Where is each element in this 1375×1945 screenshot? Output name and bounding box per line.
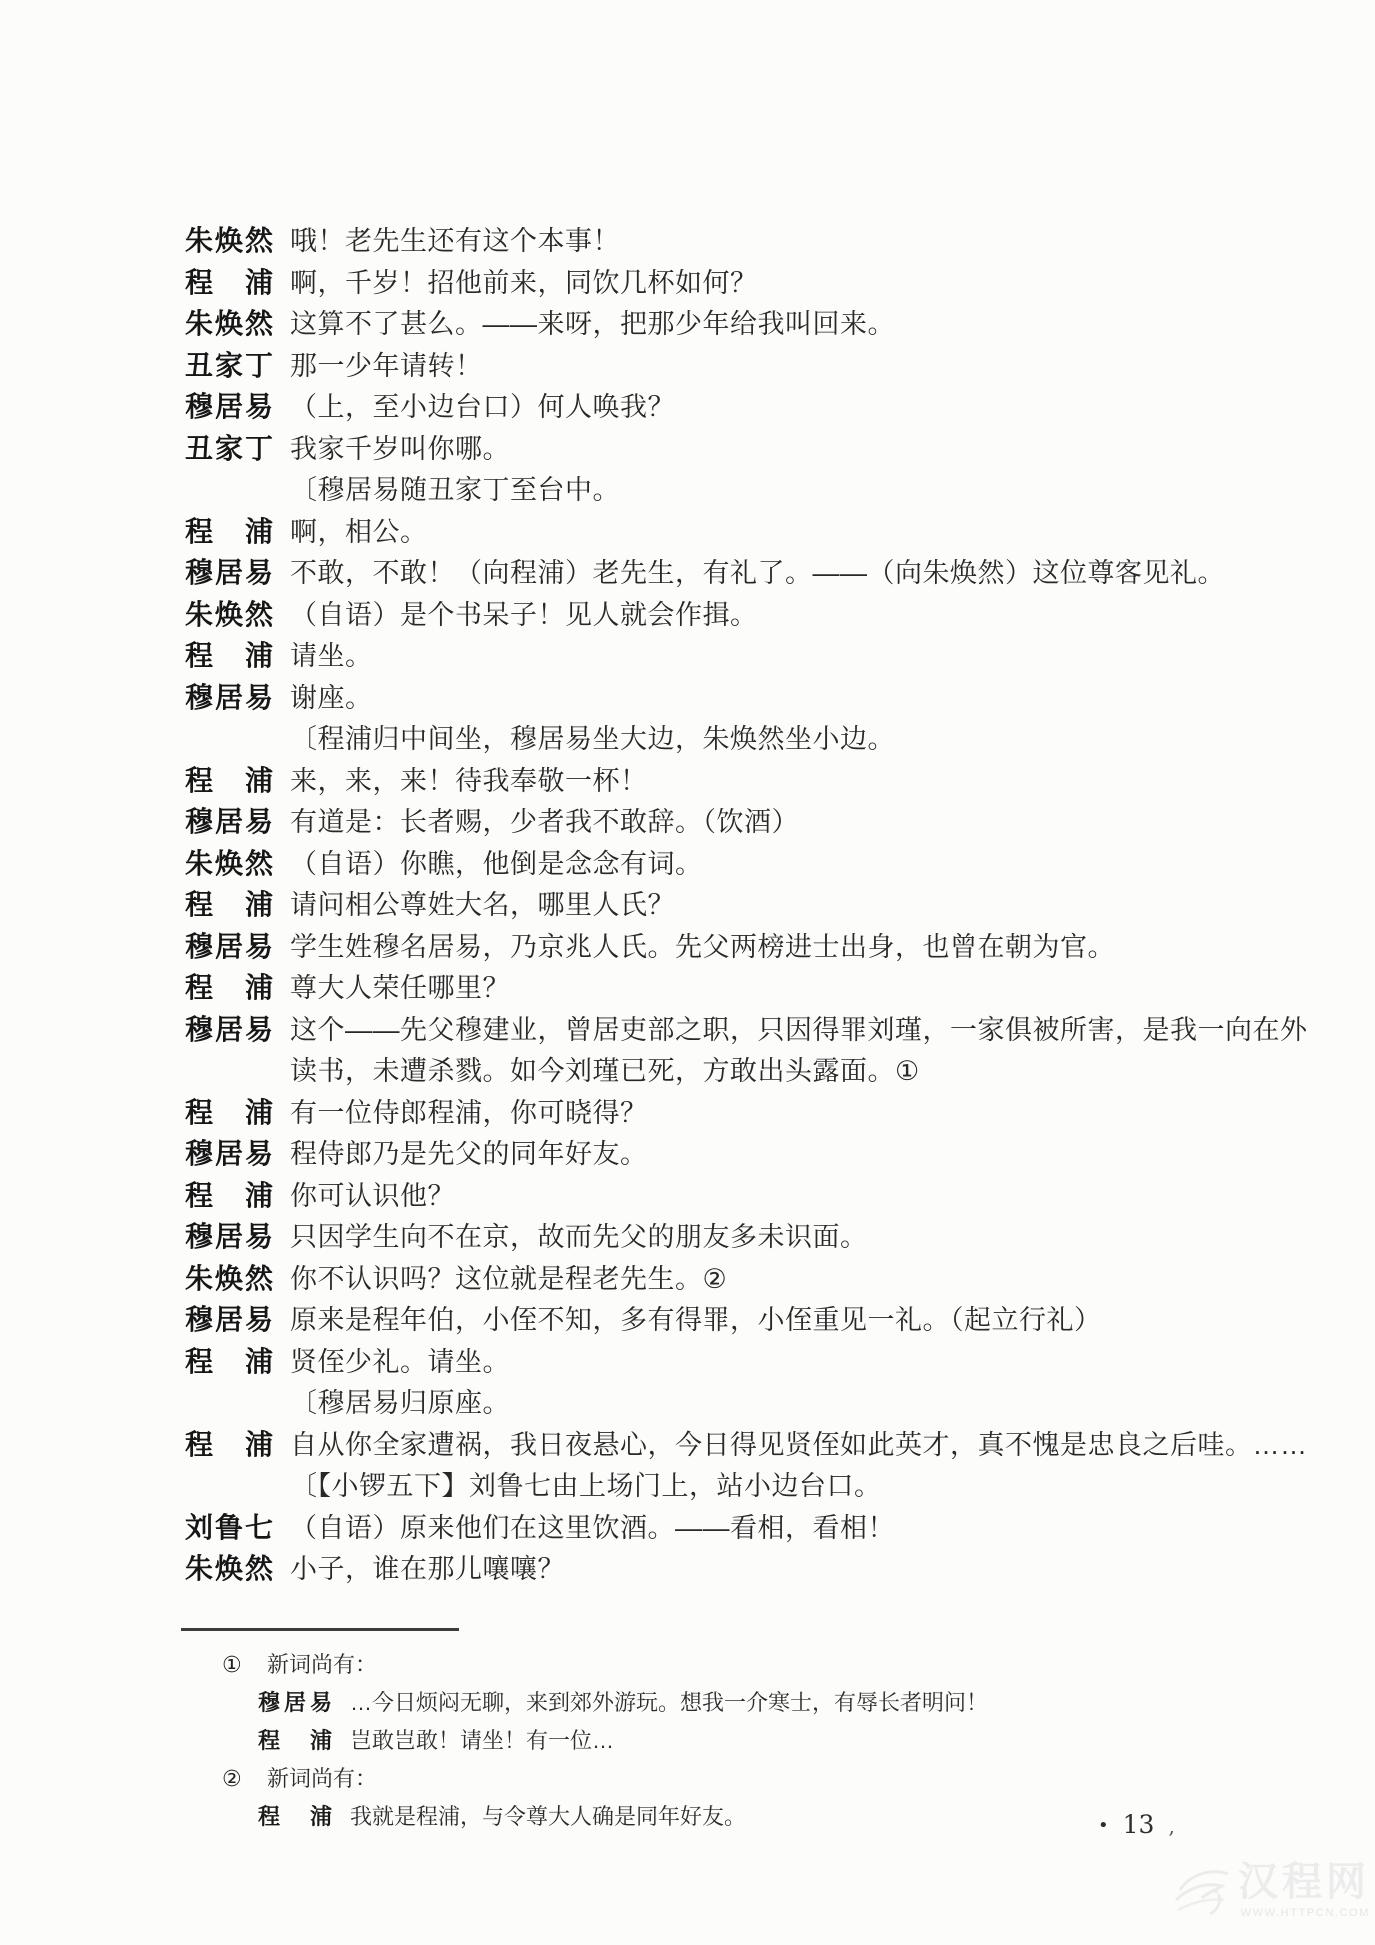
speaker-name: 朱焕然 bbox=[185, 600, 273, 630]
dialogue-text: （上，至小边台口）何人唤我？ bbox=[290, 392, 675, 423]
stage-direction-text: 〔程浦归中间坐，穆居易坐大边，朱焕然坐小边。 bbox=[290, 724, 895, 755]
speaker-name: 穆居易 bbox=[185, 392, 273, 422]
footnote-header-text: 新词尚有： bbox=[267, 1766, 377, 1792]
dragon-swoosh-icon bbox=[1172, 1860, 1234, 1920]
speaker-name: 刘鲁七 bbox=[185, 1513, 273, 1543]
speaker-name: 朱焕然 bbox=[185, 226, 273, 256]
watermark: 汉程网 WWW.HTTPCN.COM bbox=[1172, 1860, 1370, 1920]
footnote-divider bbox=[181, 1628, 459, 1631]
speaker-name: 丑家丁 bbox=[185, 351, 273, 381]
speaker-name: 朱焕然 bbox=[185, 849, 273, 879]
page-number-left-dot: • bbox=[1098, 1815, 1109, 1836]
dialogue-line: 朱焕然（自语）是个书呆子！见人就会作揖。 bbox=[0, 600, 1375, 630]
dialogue-text: 这算不了甚么。——来呀，把那少年给我叫回来。 bbox=[290, 309, 895, 340]
speaker-name: 程浦 bbox=[185, 1430, 273, 1460]
dialogue-line: 穆居易程侍郎乃是先父的同年好友。 bbox=[0, 1139, 1375, 1169]
speaker-name: 程浦 bbox=[258, 1804, 332, 1830]
stage-direction-line: 〔穆居易随丑家丁至台中。 bbox=[0, 475, 1375, 505]
speaker-name: 朱焕然 bbox=[185, 1554, 273, 1584]
dialogue-line: 朱焕然哦！老先生还有这个本事！ bbox=[0, 226, 1375, 256]
footnote-header-row: ①新词尚有： bbox=[0, 1652, 1375, 1678]
dialogue-line: 程浦自从你全家遭祸，我日夜悬心，今日得见贤侄如此英才，真不愧是忠良之后哇。…… bbox=[0, 1430, 1375, 1460]
stage-direction-line: 〔【小锣五下】刘鲁七由上场门上，站小边台口。 bbox=[0, 1471, 1375, 1501]
dialogue-line: 丑家丁我家千岁叫你哪。 bbox=[0, 434, 1375, 464]
dialogue-text: 学生姓穆名居易，乃京兆人氏。先父两榜进士出身，也曾在朝为官。 bbox=[290, 932, 1115, 963]
speaker-name: 程浦 bbox=[185, 1347, 273, 1377]
dialogue-text: 来，来，来！待我奉敬一杯！ bbox=[290, 766, 648, 797]
dialogue-line: 穆居易原来是程年伯，小侄不知，多有得罪，小侄重见一礼。（起立行礼） bbox=[0, 1305, 1375, 1335]
speaker-name: 穆居易 bbox=[185, 683, 273, 713]
speaker-name: 穆居易 bbox=[185, 807, 273, 837]
speaker-name: 程浦 bbox=[185, 641, 273, 671]
dialogue-text: 我家千岁叫你哪。 bbox=[290, 434, 510, 465]
dialogue-line: 程浦你可认识他？ bbox=[0, 1181, 1375, 1211]
dialogue-line: 程浦来，来，来！待我奉敬一杯！ bbox=[0, 766, 1375, 796]
footnote-dialogue-text: 我就是程浦，与令尊大人确是同年好友。 bbox=[350, 1804, 746, 1830]
dialogue-line: 穆居易只因学生向不在京，故而先父的朋友多未识面。 bbox=[0, 1222, 1375, 1252]
dialogue-text: 啊，千岁！招他前来，同饮几杯如何？ bbox=[290, 268, 758, 299]
dialogue-line: 朱焕然这算不了甚么。——来呀，把那少年给我叫回来。 bbox=[0, 309, 1375, 339]
dialogue-line: 穆居易这个——先父穆建业，曾居吏部之职，只因得罪刘瑾，一家俱被所害，是我一向在外 bbox=[0, 1015, 1375, 1045]
dialogue-text: （自语）你瞧，他倒是念念有词。 bbox=[290, 849, 703, 880]
page-number-right-mark: , bbox=[1168, 1814, 1174, 1838]
dialogue-line: 穆居易（上，至小边台口）何人唤我？ bbox=[0, 392, 1375, 422]
footnote-header-row: ②新词尚有： bbox=[0, 1766, 1375, 1792]
dialogue-text: 有道是：长者赐，少者我不敢辞。（饮酒） bbox=[290, 807, 799, 838]
script-lines: 朱焕然哦！老先生还有这个本事！程浦啊，千岁！招他前来，同饮几杯如何？朱焕然这算不… bbox=[0, 226, 1375, 1596]
dialogue-line: 程浦尊大人荣任哪里？ bbox=[0, 973, 1375, 1003]
speaker-name: 穆居易 bbox=[185, 1015, 273, 1045]
speaker-name: 丑家丁 bbox=[185, 434, 273, 464]
footnote-dialogue-text: 岂敢岂敢！请坐！有一位… bbox=[350, 1728, 614, 1754]
scanned-script-page: 朱焕然哦！老先生还有这个本事！程浦啊，千岁！招他前来，同饮几杯如何？朱焕然这算不… bbox=[0, 0, 1375, 1945]
footnote-marker: ① bbox=[222, 1652, 252, 1678]
speaker-name: 程浦 bbox=[185, 890, 273, 920]
footnote-dialogue-line: 穆居易…今日烦闷无聊，来到郊外游玩。想我一介寒士，有辱长者明问！ bbox=[0, 1690, 1375, 1716]
dialogue-text: 这个——先父穆建业，曾居吏部之职，只因得罪刘瑾，一家俱被所害，是我一向在外 bbox=[290, 1015, 1308, 1046]
speaker-name: 程浦 bbox=[185, 1098, 273, 1128]
footnote-marker: ② bbox=[222, 1766, 252, 1792]
dialogue-text: 程侍郎乃是先父的同年好友。 bbox=[290, 1139, 648, 1170]
dialogue-text: 那一少年请转！ bbox=[290, 351, 483, 382]
dialogue-line: 朱焕然小子，谁在那儿嚷嚷？ bbox=[0, 1554, 1375, 1584]
watermark-logo-text: 汉程网 bbox=[1238, 1860, 1370, 1904]
dialogue-text: 自从你全家遭祸，我日夜悬心，今日得见贤侄如此英才，真不愧是忠良之后哇。…… bbox=[290, 1430, 1308, 1461]
speaker-name: 程浦 bbox=[185, 766, 273, 796]
speaker-name: 穆居易 bbox=[185, 1305, 273, 1335]
dialogue-line: 程浦请坐。 bbox=[0, 641, 1375, 671]
footnote-dialogue-text: …今日烦闷无聊，来到郊外游玩。想我一介寒士，有辱长者明问！ bbox=[350, 1690, 988, 1716]
dialogue-text: （自语）是个书呆子！见人就会作揖。 bbox=[290, 600, 758, 631]
dialogue-line: 程浦请问相公尊姓大名，哪里人氏？ bbox=[0, 890, 1375, 920]
speaker-name: 程浦 bbox=[185, 268, 273, 298]
watermark-url-text: WWW.HTTPCN.COM bbox=[1241, 1906, 1370, 1920]
dialogue-line: 程浦啊，相公。 bbox=[0, 517, 1375, 547]
dialogue-line: 穆居易不敢，不敢！（向程浦）老先生，有礼了。——（向朱焕然）这位尊客见礼。 bbox=[0, 558, 1375, 588]
dialogue-line: 穆居易谢座。 bbox=[0, 683, 1375, 713]
footnote-header-text: 新词尚有： bbox=[267, 1652, 377, 1678]
speaker-name: 程浦 bbox=[185, 1181, 273, 1211]
dialogue-line: 程浦贤侄少礼。请坐。 bbox=[0, 1347, 1375, 1377]
dialogue-text: 请坐。 bbox=[290, 641, 373, 672]
dialogue-text: 谢座。 bbox=[290, 683, 373, 714]
dialogue-line: 丑家丁那一少年请转！ bbox=[0, 351, 1375, 381]
dialogue-text: （自语）原来他们在这里饮酒。——看相，看相！ bbox=[290, 1513, 895, 1544]
speaker-name: 穆居易 bbox=[185, 1139, 273, 1169]
speaker-name: 朱焕然 bbox=[185, 309, 273, 339]
footnote-dialogue-line: 程浦岂敢岂敢！请坐！有一位… bbox=[0, 1728, 1375, 1754]
dialogue-text: 你不认识吗？这位就是程老先生。② bbox=[290, 1264, 727, 1295]
dialogue-text: 你可认识他？ bbox=[290, 1181, 455, 1212]
dialogue-line: 朱焕然（自语）你瞧，他倒是念念有词。 bbox=[0, 849, 1375, 879]
speaker-name: 程浦 bbox=[185, 973, 273, 1003]
speaker-name: 程浦 bbox=[185, 517, 273, 547]
stage-direction-text: 〔穆居易随丑家丁至台中。 bbox=[290, 475, 620, 506]
dialogue-text: 小子，谁在那儿嚷嚷？ bbox=[290, 1554, 565, 1585]
speaker-name: 穆居易 bbox=[185, 558, 273, 588]
dialogue-text: 哦！老先生还有这个本事！ bbox=[290, 226, 620, 257]
stage-direction-line: 〔穆居易归原座。 bbox=[0, 1388, 1375, 1418]
dialogue-line: 程浦啊，千岁！招他前来，同饮几杯如何？ bbox=[0, 268, 1375, 298]
speaker-name: 程浦 bbox=[258, 1728, 332, 1754]
dialogue-text: 有一位侍郎程浦，你可晓得？ bbox=[290, 1098, 648, 1129]
dialogue-text: 贤侄少礼。请坐。 bbox=[290, 1347, 510, 1378]
stage-direction-line: 读书，未遭杀戮。如今刘瑾已死，方敢出头露面。① bbox=[0, 1056, 1375, 1086]
stage-direction-text: 〔【小锣五下】刘鲁七由上场门上，站小边台口。 bbox=[290, 1471, 882, 1502]
speaker-name: 穆居易 bbox=[185, 932, 273, 962]
dialogue-line: 刘鲁七（自语）原来他们在这里饮酒。——看相，看相！ bbox=[0, 1513, 1375, 1543]
stage-direction-text: 读书，未遭杀戮。如今刘瑾已死，方敢出头露面。① bbox=[290, 1056, 920, 1087]
dialogue-line: 穆居易学生姓穆名居易，乃京兆人氏。先父两榜进士出身，也曾在朝为官。 bbox=[0, 932, 1375, 962]
footnote-list: ①新词尚有：穆居易…今日烦闷无聊，来到郊外游玩。想我一介寒士，有辱长者明问！程浦… bbox=[0, 1652, 1375, 1830]
speaker-name: 朱焕然 bbox=[185, 1264, 273, 1294]
dialogue-text: 啊，相公。 bbox=[290, 517, 428, 548]
speaker-name: 穆居易 bbox=[258, 1690, 332, 1716]
dialogue-text: 原来是程年伯，小侄不知，多有得罪，小侄重见一礼。（起立行礼） bbox=[290, 1305, 1102, 1336]
page-number-value: 13 bbox=[1123, 1810, 1155, 1839]
dialogue-line: 穆居易有道是：长者赐，少者我不敢辞。（饮酒） bbox=[0, 807, 1375, 837]
dialogue-text: 不敢，不敢！（向程浦）老先生，有礼了。——（向朱焕然）这位尊客见礼。 bbox=[290, 558, 1225, 589]
dialogue-line: 朱焕然你不认识吗？这位就是程老先生。② bbox=[0, 1264, 1375, 1294]
speaker-name: 穆居易 bbox=[185, 1222, 273, 1252]
stage-direction-line: 〔程浦归中间坐，穆居易坐大边，朱焕然坐小边。 bbox=[0, 724, 1375, 754]
dialogue-text: 请问相公尊姓大名，哪里人氏？ bbox=[290, 890, 675, 921]
stage-direction-text: 〔穆居易归原座。 bbox=[290, 1388, 510, 1419]
page-number: •13, bbox=[1098, 1810, 1175, 1839]
dialogue-text: 只因学生向不在京，故而先父的朋友多未识面。 bbox=[290, 1222, 868, 1253]
dialogue-text: 尊大人荣任哪里？ bbox=[290, 973, 510, 1004]
dialogue-line: 程浦有一位侍郎程浦，你可晓得？ bbox=[0, 1098, 1375, 1128]
